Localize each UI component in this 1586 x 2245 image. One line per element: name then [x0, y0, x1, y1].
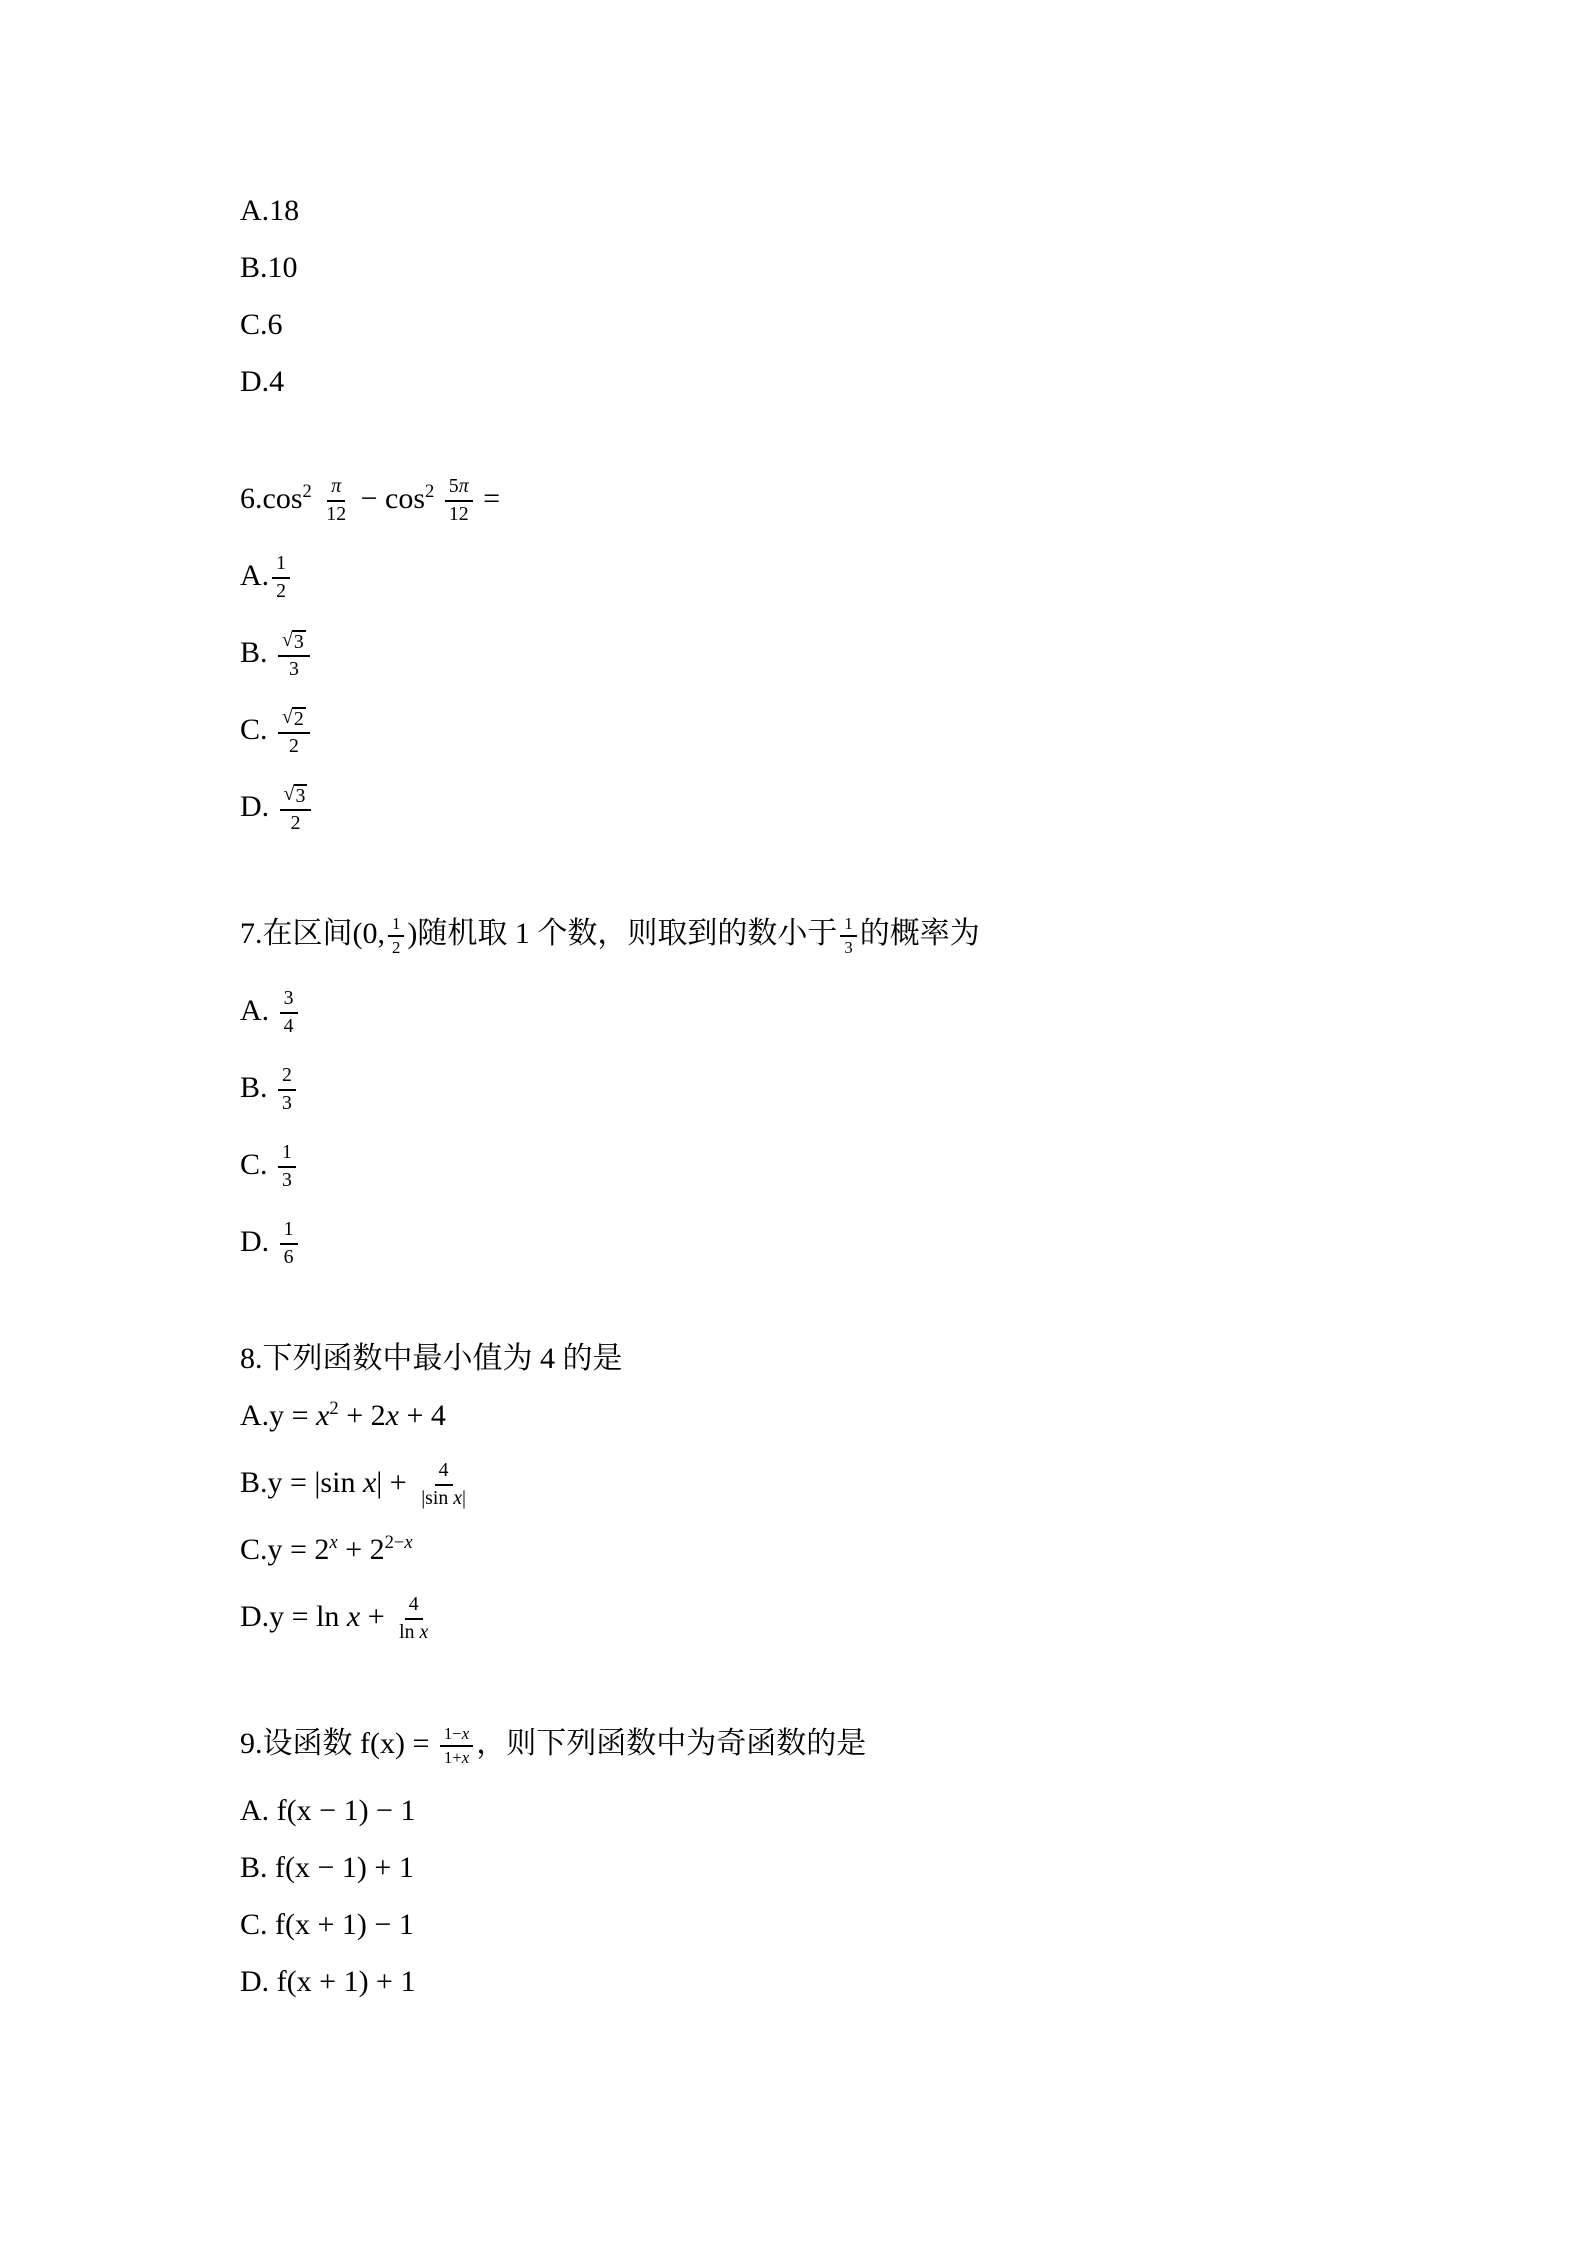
- text-run: B.: [240, 1071, 275, 1104]
- fraction-denominator: 1+x: [440, 1747, 473, 1768]
- fraction-denominator: ln x: [395, 1620, 432, 1645]
- math-variable: π: [331, 475, 341, 497]
- text-run: )随机取 1 个数，则取到的数小于: [407, 917, 837, 950]
- text-run: 2: [276, 580, 286, 602]
- text-run: − cos: [353, 482, 425, 515]
- fraction-numerator: √3: [278, 629, 310, 657]
- q7-stem: 7.在区间(0,12)随机取 1 个数，则取到的数小于13的概率为: [240, 895, 1476, 972]
- fraction-numerator: 4: [435, 1459, 453, 1486]
- text-run: =: [476, 482, 500, 515]
- text-run: 2: [392, 938, 400, 957]
- radicand: 3: [294, 784, 308, 808]
- text-run: A.: [240, 559, 269, 592]
- text-run: 2: [303, 481, 312, 502]
- fraction-numerator: √3: [280, 783, 312, 811]
- q6-option-a: A.12: [240, 537, 1476, 614]
- text-run: B.y = |sin: [240, 1466, 363, 1499]
- superscript: 2: [303, 481, 312, 502]
- fraction: 12: [388, 914, 404, 958]
- text-run: C.6: [240, 308, 283, 341]
- text-run: 1: [844, 914, 852, 933]
- math-variable: x: [316, 1399, 329, 1432]
- square-root: √2: [282, 707, 306, 731]
- q7-option-c: C. 13: [240, 1126, 1476, 1203]
- fraction: √32: [280, 783, 312, 836]
- fraction: √33: [278, 629, 310, 682]
- fraction-denominator: |sin x|: [417, 1486, 470, 1511]
- q6-option-c: C. √22: [240, 691, 1476, 768]
- text-run: A.18: [240, 194, 299, 227]
- text-run: 2: [425, 481, 434, 502]
- text-run: A.: [240, 994, 277, 1027]
- q9-option-b: B. f(x − 1) + 1: [240, 1839, 1476, 1896]
- math-variable: x: [347, 1600, 360, 1633]
- text-run: ln: [399, 1621, 419, 1643]
- superscript: 2−x: [385, 1532, 413, 1553]
- q8-option-b: B.y = |sin x| + 4|sin x|: [240, 1444, 1476, 1521]
- q9-stem: 9.设函数 f(x) = 1−x1+x，则下列函数中为奇函数的是: [240, 1705, 1476, 1782]
- text-run: 4: [439, 1459, 449, 1481]
- text-run: 5: [449, 475, 459, 497]
- fraction: 16: [280, 1218, 298, 1270]
- text-run: 的概率为: [860, 917, 980, 950]
- superscript: x: [329, 1532, 337, 1553]
- q7-option-b: B. 23: [240, 1049, 1476, 1126]
- text-run: + 4: [399, 1399, 446, 1432]
- fraction-numerator: π: [327, 475, 345, 502]
- text-run: 4: [284, 1015, 294, 1037]
- fraction-numerator: 3: [280, 987, 298, 1014]
- q7-option-a: A. 34: [240, 972, 1476, 1049]
- text-run: C.y = 2: [240, 1533, 329, 1566]
- fraction-numerator: 1−x: [440, 1724, 473, 1747]
- text-run: [312, 482, 320, 515]
- fraction-numerator: 5π: [445, 475, 473, 502]
- text-run: 3: [296, 785, 306, 807]
- q9-option-d: D. f(x + 1) + 1: [240, 1953, 1476, 2010]
- q8-option-c: C.y = 2x + 22−x: [240, 1521, 1476, 1578]
- q6-option-d: D. √32: [240, 768, 1476, 845]
- q6-stem: 6.cos2 π12 − cos2 5π12 =: [240, 460, 1476, 537]
- fraction-numerator: 1: [278, 1141, 296, 1168]
- text-run: [434, 482, 442, 515]
- fraction-denominator: 6: [280, 1245, 298, 1270]
- text-run: D. f(x + 1) + 1: [240, 1965, 415, 1998]
- q5-option-c: C.6: [240, 296, 1476, 353]
- text-run: A. f(x − 1) − 1: [240, 1794, 415, 1827]
- radicand: 3: [292, 630, 306, 654]
- q6-option-b: B. √33: [240, 614, 1476, 691]
- text-run: B.: [240, 636, 275, 669]
- text-run: 12: [326, 503, 346, 525]
- exam-page: A.18B.10C.6D.46.cos2 π12 − cos2 5π12 =A.…: [0, 0, 1586, 2245]
- fraction: 5π12: [445, 475, 473, 527]
- text-run: 2: [329, 1398, 338, 1419]
- math-variable: x: [462, 1748, 469, 1767]
- text-run: 1: [282, 1141, 292, 1163]
- text-run: D.: [240, 1225, 277, 1258]
- text-run: |: [462, 1487, 466, 1509]
- text-run: 2: [291, 812, 301, 834]
- text-run: 1: [392, 914, 400, 933]
- text-run: B. f(x − 1) + 1: [240, 1851, 414, 1884]
- fraction-denominator: 2: [285, 734, 303, 759]
- fraction-denominator: 3: [278, 1091, 296, 1116]
- text-run: C.: [240, 1148, 275, 1181]
- math-variable: x: [363, 1466, 376, 1499]
- fraction-numerator: 1: [280, 1218, 298, 1245]
- text-run: 6: [284, 1246, 294, 1268]
- text-run: D.: [240, 790, 277, 823]
- fraction-numerator: 4: [405, 1593, 423, 1620]
- text-run: 6.cos: [240, 482, 303, 515]
- text-run: 3: [294, 631, 304, 653]
- square-root: √3: [282, 630, 306, 654]
- fraction: 4|sin x|: [417, 1459, 470, 1511]
- fraction: 23: [278, 1064, 296, 1116]
- text-run: 2: [294, 708, 304, 730]
- fraction-denominator: 2: [287, 811, 305, 836]
- fraction-denominator: 2: [388, 937, 404, 958]
- text-run: 12: [449, 503, 469, 525]
- text-run: D.4: [240, 365, 284, 398]
- text-run: | +: [376, 1466, 414, 1499]
- text-run: B.10: [240, 251, 298, 284]
- q9-option-a: A. f(x − 1) − 1: [240, 1782, 1476, 1839]
- fraction-numerator: 1: [272, 552, 290, 579]
- q8-option-d: D.y = ln x + 4ln x: [240, 1578, 1476, 1655]
- text-run: 3: [284, 987, 294, 1009]
- q8-stem: 8.下列函数中最小值为 4 的是: [240, 1330, 1476, 1387]
- fraction: 13: [278, 1141, 296, 1193]
- superscript: 2: [329, 1398, 338, 1419]
- text-run: C. f(x + 1) − 1: [240, 1908, 414, 1941]
- q5-option-b: B.10: [240, 239, 1476, 296]
- text-run: 1: [276, 552, 286, 574]
- text-run: |sin: [421, 1487, 453, 1509]
- fraction: 12: [272, 552, 290, 604]
- q5-option-d: D.4: [240, 353, 1476, 410]
- math-variable: x: [386, 1399, 399, 1432]
- text-run: 4: [409, 1593, 419, 1615]
- text-run: 2: [289, 735, 299, 757]
- text-run: +: [360, 1600, 392, 1633]
- text-run: 3: [282, 1092, 292, 1114]
- fraction-denominator: 4: [280, 1014, 298, 1039]
- fraction-denominator: 12: [322, 502, 350, 527]
- math-variable: x: [420, 1621, 429, 1643]
- fraction-denominator: 3: [840, 937, 856, 958]
- math-variable: x: [453, 1487, 462, 1509]
- text-run: 1−: [444, 1724, 462, 1743]
- math-variable: x: [329, 1532, 337, 1553]
- text-run: 1: [284, 1218, 294, 1240]
- text-run: 3: [282, 1169, 292, 1191]
- text-run: A.y =: [240, 1399, 316, 1432]
- text-run: 3: [844, 938, 852, 957]
- math-variable: x: [404, 1532, 412, 1553]
- fraction-numerator: √2: [278, 706, 310, 734]
- q5-option-a: A.18: [240, 182, 1476, 239]
- text-run: + 2: [338, 1533, 385, 1566]
- text-run: 2−: [385, 1532, 405, 1553]
- fraction-denominator: 2: [272, 579, 290, 604]
- text-run: 3: [289, 658, 299, 680]
- fraction: √22: [278, 706, 310, 759]
- text-run: C.: [240, 713, 275, 746]
- superscript: 2: [425, 481, 434, 502]
- text-run: + 2: [339, 1399, 386, 1432]
- text-run: ，则下列函数中为奇函数的是: [476, 1727, 866, 1760]
- text-run: 8.下列函数中最小值为 4 的是: [240, 1342, 623, 1375]
- q9-option-c: C. f(x + 1) − 1: [240, 1896, 1476, 1953]
- math-variable: π: [459, 475, 469, 497]
- fraction: 13: [840, 914, 856, 958]
- q8-option-a: A.y = x2 + 2x + 4: [240, 1387, 1476, 1444]
- square-root: √3: [284, 784, 308, 808]
- fraction: π12: [322, 475, 350, 527]
- q7-option-d: D. 16: [240, 1203, 1476, 1280]
- fraction-denominator: 3: [285, 657, 303, 682]
- text-run: 9.设函数 f(x) =: [240, 1727, 437, 1760]
- math-variable: x: [462, 1724, 469, 1743]
- fraction-numerator: 1: [388, 914, 404, 937]
- text-run: 2: [282, 1064, 292, 1086]
- text-run: D.y = ln: [240, 1600, 347, 1633]
- fraction: 34: [280, 987, 298, 1039]
- fraction: 1−x1+x: [440, 1724, 473, 1768]
- fraction-numerator: 1: [840, 914, 856, 937]
- document-body: A.18B.10C.6D.46.cos2 π12 − cos2 5π12 =A.…: [240, 182, 1476, 2010]
- text-run: 1+: [444, 1748, 462, 1767]
- fraction: 4ln x: [395, 1593, 432, 1645]
- radicand: 2: [292, 707, 306, 731]
- fraction-denominator: 12: [445, 502, 473, 527]
- text-run: 7.在区间(0,: [240, 917, 385, 950]
- fraction-numerator: 2: [278, 1064, 296, 1091]
- fraction-denominator: 3: [278, 1168, 296, 1193]
